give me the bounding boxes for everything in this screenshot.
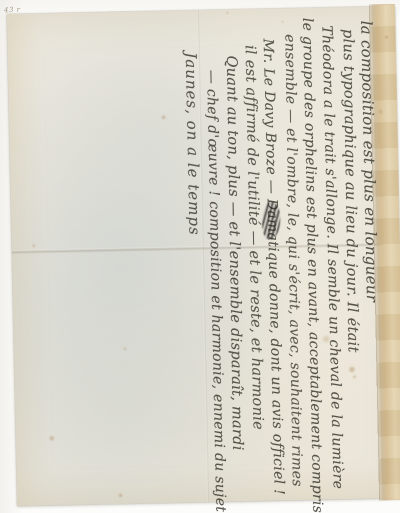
stain [49,435,55,441]
manuscript-page: la composition est plus en longueurplus … [7,6,400,506]
stain [32,244,36,248]
scan-background: 43 r la composition est plus en longueur… [0,0,400,513]
stain [353,375,357,379]
stain [123,347,127,351]
stain [384,35,388,39]
stain [118,493,123,498]
handwriting-block: la composition est plus en longueurplus … [179,8,385,498]
stain [281,20,284,23]
stain [161,115,166,120]
stain [378,109,383,114]
stain [226,11,229,14]
